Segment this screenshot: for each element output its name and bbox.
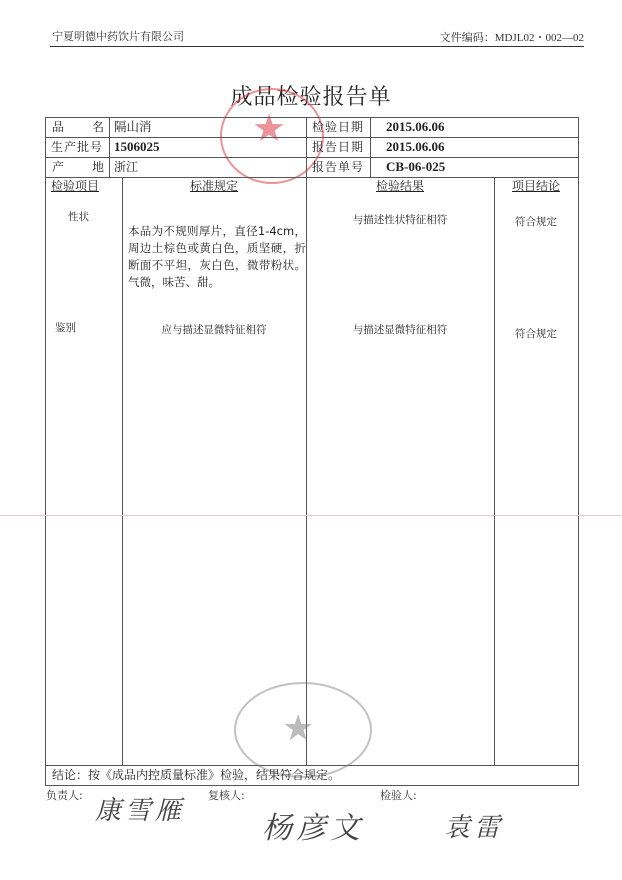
row-standard-identification: 应与描述显微特征相符	[122, 320, 306, 340]
row-item-appearance: 性状	[68, 207, 89, 227]
product-name-label: 品名	[52, 117, 104, 137]
batch-value: 1506025	[114, 137, 160, 157]
row-item-identification: 鉴别	[55, 318, 76, 338]
row-conclusion-identification: 符合规定	[494, 324, 578, 344]
inspection-date-label: 检验日期	[312, 117, 364, 137]
row-result-identification: 与描述显微特征相符	[306, 320, 494, 340]
company-name: 宁夏明德中药饮片有限公司	[52, 28, 184, 44]
row-standard-appearance: 本品为不规则厚片，直径1-4cm，周边土棕色或黄白色，质坚硬，折断面不平坦，灰白…	[128, 223, 306, 291]
conclusion-text: 结论：按《成品内控质量标准》检验，结果符合规定。	[52, 765, 340, 785]
header-rule	[50, 46, 584, 47]
inspection-date-value: 2015.06.06	[386, 117, 445, 137]
batch-label: 生产批号	[51, 137, 103, 157]
responsible-signature: 康雪雁	[95, 790, 185, 827]
report-date-value: 2015.06.06	[386, 137, 445, 157]
file-code-label: 文件编码：	[440, 31, 495, 44]
responsible-label: 负责人:	[46, 787, 83, 803]
col-header-conclusion: 项目结论	[494, 176, 578, 196]
star-icon: ★	[252, 106, 286, 150]
qc-seal-stamp: ★	[234, 682, 372, 778]
product-name-value: 隔山消	[114, 117, 152, 137]
file-code: 文件编码：MDJL02・002—02	[440, 29, 584, 45]
scan-artifact-line	[0, 515, 622, 516]
report-no-label: 报告单号	[312, 157, 364, 177]
star-icon: ★	[282, 708, 314, 749]
col-header-item: 检验项目	[51, 176, 99, 196]
reviewer-signature: 杨彦文	[262, 803, 364, 847]
origin-label: 产地	[52, 157, 104, 177]
quality-dept-stamp: ★	[220, 88, 324, 184]
file-code-value: MDJL02・002—02	[495, 32, 584, 44]
origin-value: 浙江	[114, 157, 138, 177]
col-header-standard: 标准规定	[122, 176, 306, 196]
inspector-signature: 袁雷	[444, 807, 504, 844]
report-no-value: CB-06-025	[386, 157, 445, 177]
row-conclusion-appearance: 符合规定	[494, 212, 578, 232]
col-header-result: 检验结果	[306, 176, 494, 196]
inspector-label: 检验人:	[380, 787, 417, 803]
row-result-appearance: 与描述性状特征相符	[306, 210, 494, 230]
reviewer-label: 复核人:	[208, 787, 245, 803]
report-date-label: 报告日期	[312, 137, 364, 157]
